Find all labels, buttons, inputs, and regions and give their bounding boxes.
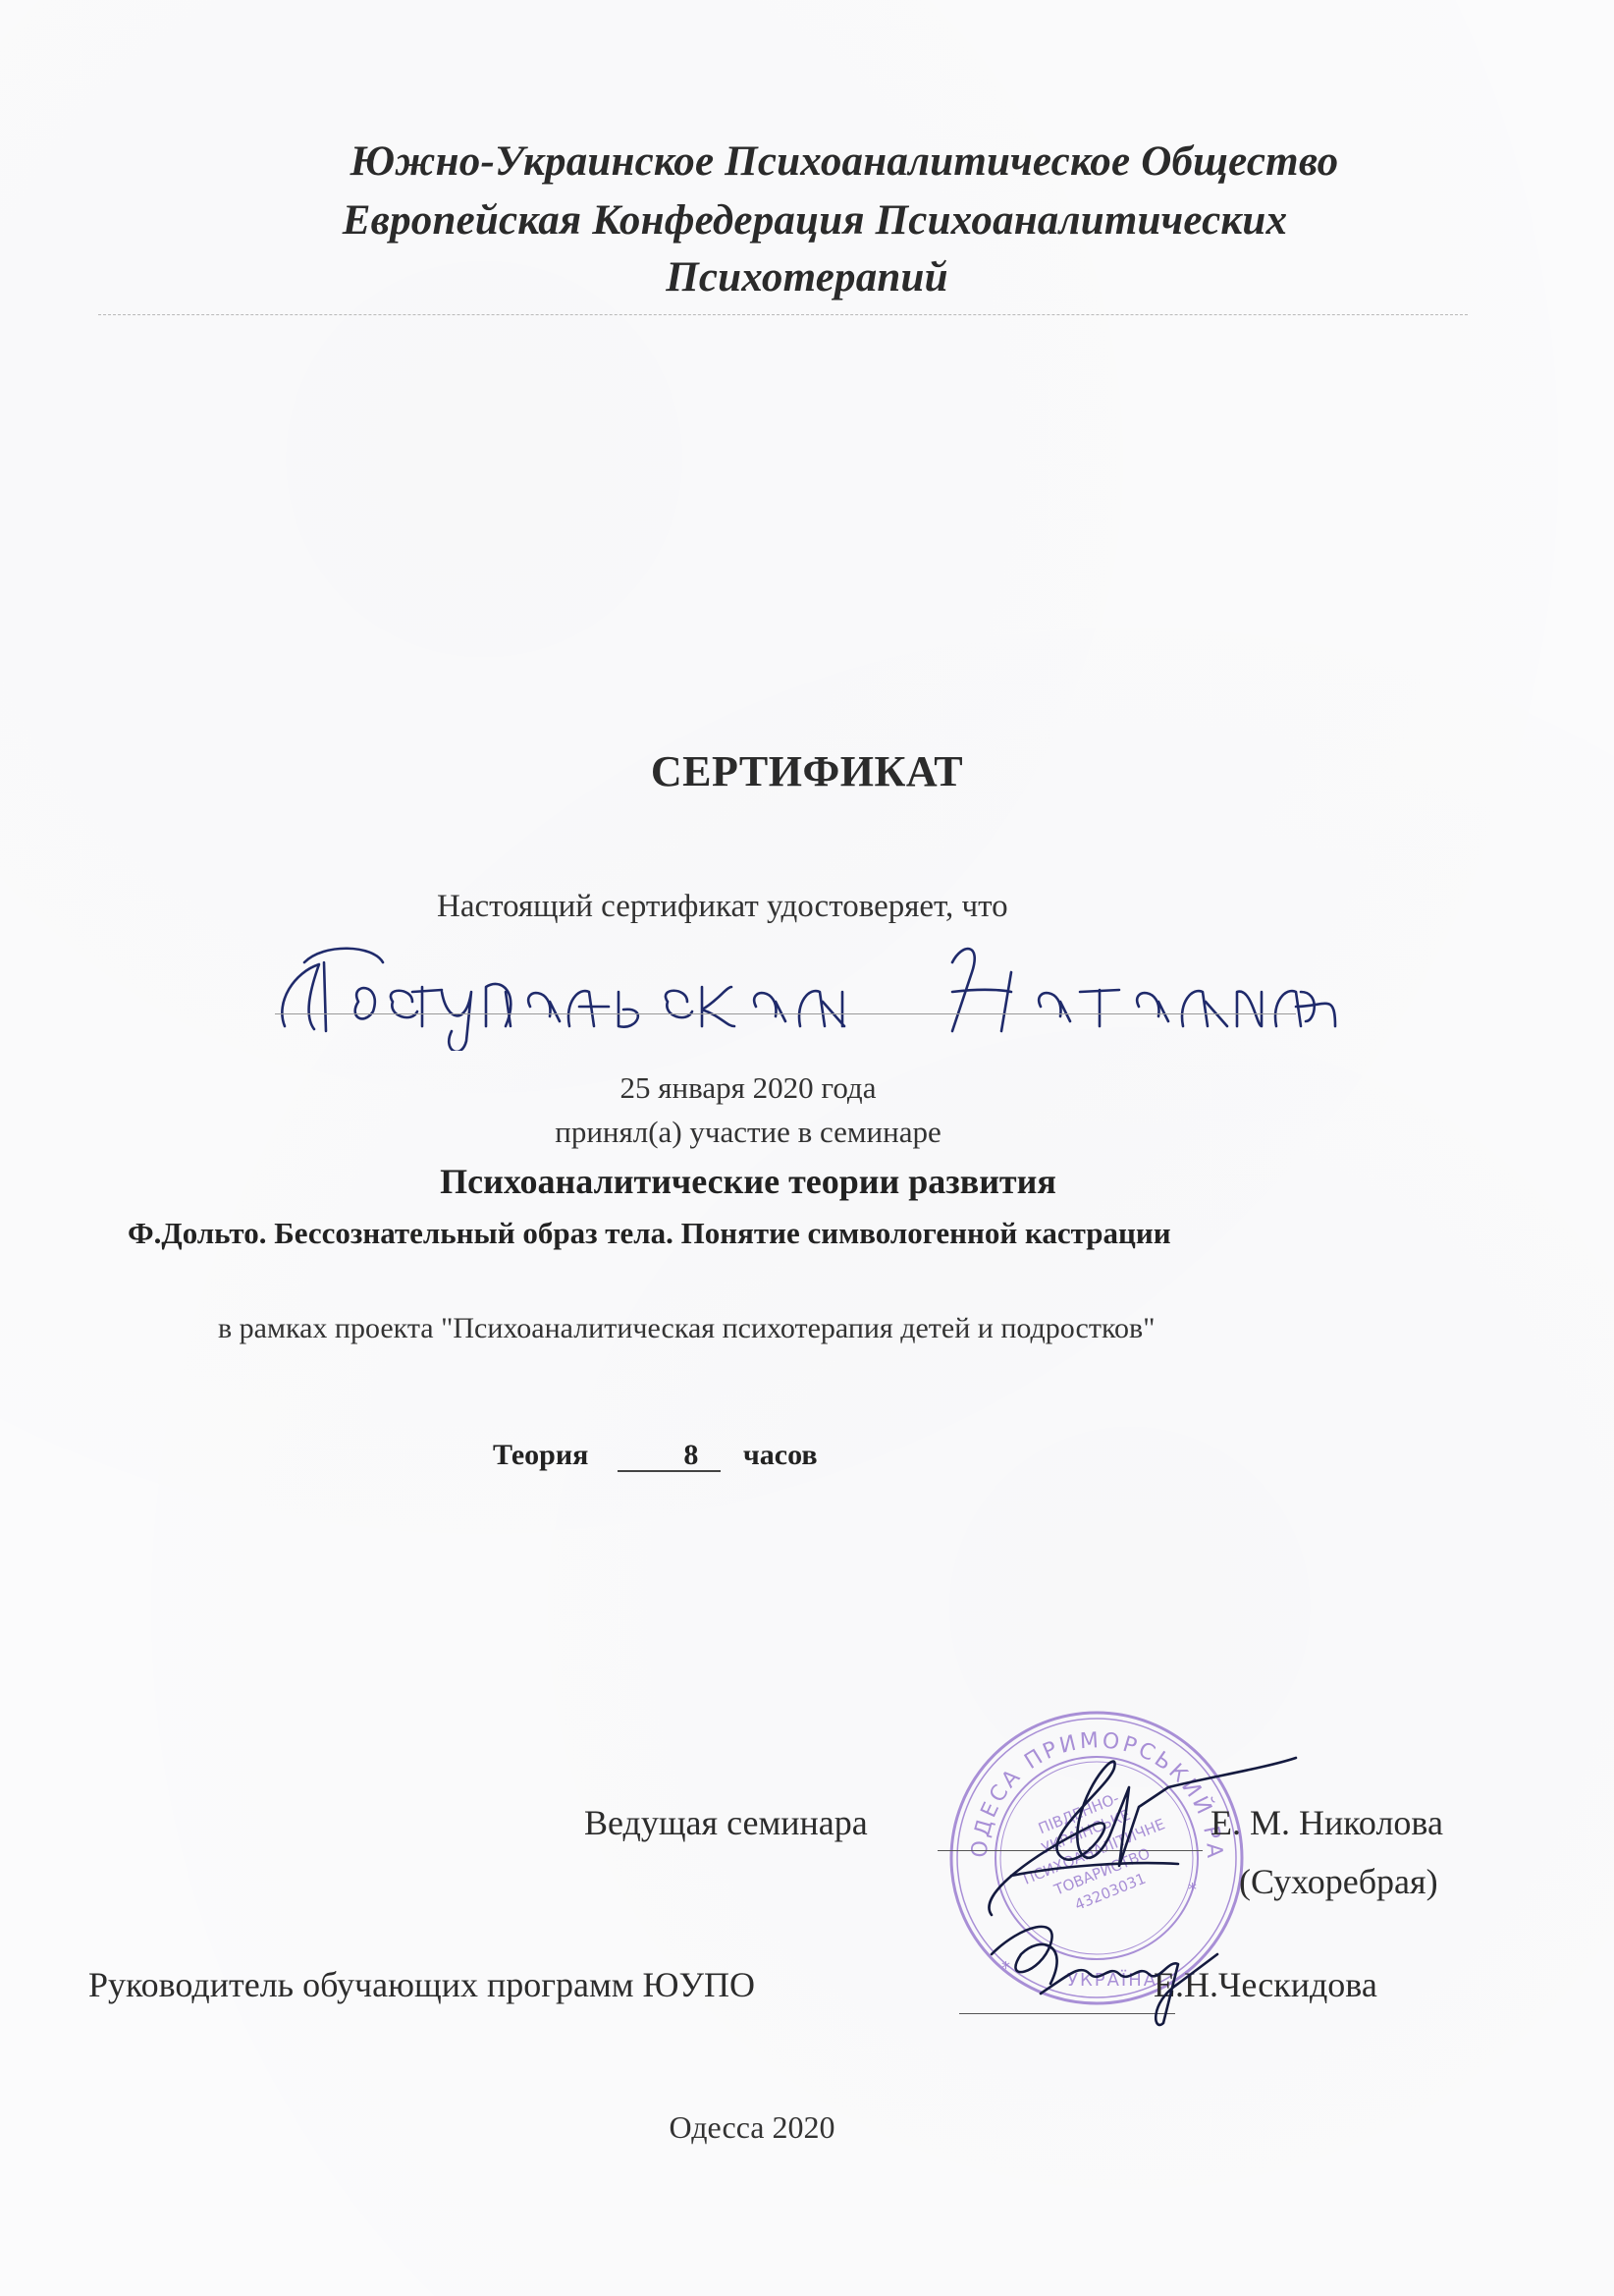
header-divider bbox=[98, 314, 1468, 315]
lead-label: Ведущая семинара bbox=[584, 1802, 868, 1843]
hours-label: часов bbox=[743, 1439, 818, 1471]
recipient-name-underline bbox=[275, 1013, 1296, 1014]
handwriting-icon bbox=[265, 933, 1541, 1051]
city-year: Одесса 2020 bbox=[0, 2109, 1559, 2146]
org-name-line-1: Южно-Украинское Психоаналитическое Общес… bbox=[59, 137, 1614, 186]
recipient-name-handwritten bbox=[265, 933, 1541, 1051]
certificate-page: Южно-Украинское Психоаналитическое Общес… bbox=[0, 0, 1614, 2296]
theory-hours-row: Теория 8 часов bbox=[493, 1439, 818, 1472]
head-label: Руководитель обучающих программ ЮУПО bbox=[88, 1964, 755, 2005]
certificate-title: СЕРТИФИКАТ bbox=[0, 746, 1614, 796]
certifies-text: Настоящий сертификат удостоверяет, что bbox=[437, 889, 1008, 925]
theory-hours-value: 8 bbox=[618, 1441, 721, 1472]
event-date: 25 января 2020 года bbox=[0, 1070, 1555, 1106]
head-signature-icon bbox=[982, 1905, 1276, 2033]
theory-label: Теория bbox=[493, 1439, 588, 1471]
seminar-topic: Ф.Дольто. Бессознательный образ тела. По… bbox=[128, 1216, 1171, 1251]
org-name-line-2: Европейская Конфедерация Психоаналитичес… bbox=[59, 196, 1571, 245]
theory-hours-number: 8 bbox=[683, 1439, 698, 1471]
project-text: в рамках проекта "Психоаналитическая пси… bbox=[218, 1312, 1155, 1345]
seminar-title: Психоаналитические теории развития bbox=[0, 1161, 1555, 1202]
org-name-line-3: Психотерапий bbox=[0, 253, 1614, 301]
participated-text: принял(а) участие в семинаре bbox=[0, 1115, 1555, 1150]
